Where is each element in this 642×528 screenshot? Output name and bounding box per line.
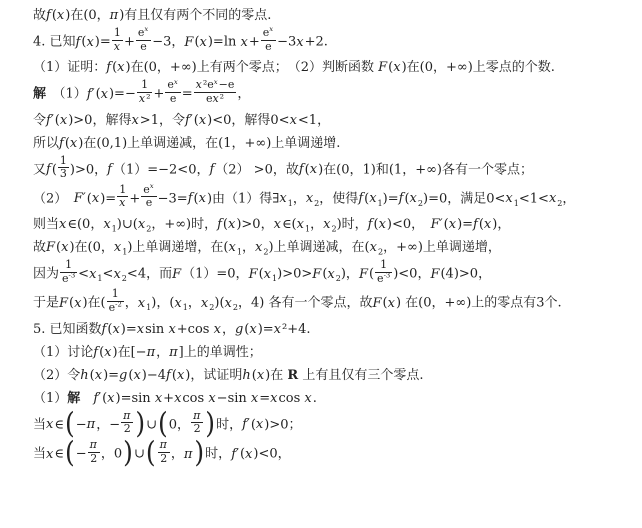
math-variable: h bbox=[80, 368, 89, 383]
math-variable: x bbox=[174, 296, 182, 311]
subscript: 1 bbox=[305, 225, 310, 234]
big-paren: ( bbox=[64, 441, 76, 464]
math-variable: F bbox=[378, 60, 388, 75]
math-variable: x bbox=[241, 35, 249, 50]
math-variable: x bbox=[228, 217, 236, 232]
superscript: -3 bbox=[69, 271, 76, 279]
math-variable: F bbox=[46, 240, 56, 255]
text-line: 则当x∈(0，x1)∪(x2，+∞)时，f(x)>0，x∈(x1，x2)时，f(… bbox=[33, 215, 634, 235]
document-page: { "page": { "background": "#ffffff", "te… bbox=[0, 0, 642, 528]
math-variable: f bbox=[299, 162, 305, 177]
fraction: exe bbox=[261, 27, 276, 53]
bold-text: 解 bbox=[67, 391, 80, 406]
math-variable: F bbox=[172, 267, 182, 282]
math-variable: x bbox=[199, 191, 207, 206]
math-variable: x bbox=[304, 391, 312, 406]
math-variable: f′ bbox=[87, 87, 96, 102]
document-body: 故f(x)在(0，π)有且仅有两个不同的零点.4. 已知f(x)=1x+exe−… bbox=[0, 0, 642, 467]
text-line: （1）证明：f(x)在(0，+∞)上有两个零点； （2）判断函数 F(x)在(0… bbox=[33, 58, 634, 78]
math-variable: π bbox=[87, 417, 97, 432]
big-paren: ) bbox=[204, 412, 216, 435]
fraction: 1e-3 bbox=[375, 259, 392, 285]
math-variable: x bbox=[297, 217, 305, 232]
math-variable: x bbox=[86, 35, 94, 50]
math-variable: f′ bbox=[242, 417, 251, 432]
text-line: （1）解 f′(x)=sin x+xcos x−sin x=xcos x. bbox=[33, 389, 634, 409]
fraction: 1x bbox=[112, 27, 123, 53]
math-variable: f bbox=[188, 191, 194, 206]
math-variable: F bbox=[59, 296, 69, 311]
big-paren: ( bbox=[157, 412, 169, 435]
math-variable: x bbox=[137, 322, 145, 337]
fraction: 1x bbox=[117, 184, 128, 210]
text-line: 故f(x)在(0，π)有且仅有两个不同的零点. bbox=[33, 6, 634, 26]
text-line: 5. 已知函数f(x)=xsin x+cos x，g(x)=x²+4. bbox=[33, 320, 634, 340]
math-variable: x bbox=[327, 267, 335, 282]
fraction: 1e-2 bbox=[107, 288, 124, 314]
math-variable: x bbox=[177, 368, 185, 383]
math-variable: f′ bbox=[231, 447, 240, 462]
math-variable: F bbox=[359, 267, 369, 282]
math-variable: x bbox=[410, 191, 418, 206]
math-variable: f bbox=[93, 345, 99, 360]
math-variable: π bbox=[147, 345, 157, 360]
math-variable: x bbox=[114, 40, 121, 53]
math-variable: x bbox=[57, 8, 65, 23]
superscript: -3 bbox=[384, 271, 391, 279]
math-variable: x bbox=[70, 136, 78, 151]
math-variable: f bbox=[106, 60, 112, 75]
fraction: π2 bbox=[121, 410, 133, 436]
fraction: π2 bbox=[191, 410, 203, 436]
math-variable: x bbox=[310, 162, 318, 177]
math-variable: f bbox=[166, 368, 172, 383]
math-variable: π bbox=[123, 409, 131, 422]
math-variable: x bbox=[449, 217, 457, 232]
math-variable: x bbox=[60, 113, 68, 128]
subscript: 2 bbox=[314, 199, 319, 208]
fraction: π2 bbox=[88, 439, 100, 465]
subscript: 1 bbox=[122, 248, 127, 257]
math-variable: x bbox=[214, 322, 222, 337]
math-variable: x bbox=[249, 322, 257, 337]
math-variable: f bbox=[46, 162, 52, 177]
bold-text: R bbox=[287, 368, 298, 383]
math-variable: f bbox=[368, 217, 374, 232]
subscript: 1 bbox=[378, 199, 383, 208]
math-variable: x bbox=[112, 322, 120, 337]
text-line: 解 （1）f′(x)=−1x²+exe=x²ex−eex²， bbox=[33, 81, 634, 107]
math-variable: F bbox=[372, 296, 382, 311]
math-variable: x bbox=[144, 25, 149, 33]
math-variable: f bbox=[102, 322, 108, 337]
math-variable: x bbox=[274, 217, 282, 232]
math-variable: π bbox=[169, 345, 179, 360]
math-variable: x bbox=[133, 368, 141, 383]
math-variable: x bbox=[92, 191, 100, 206]
math-variable: π bbox=[160, 438, 168, 451]
subscript: 2 bbox=[557, 199, 562, 208]
math-variable: F bbox=[312, 267, 322, 282]
subscript: 1 bbox=[97, 274, 102, 283]
math-variable: f bbox=[59, 136, 65, 151]
superscript: x bbox=[269, 25, 274, 33]
fraction: 1e-3 bbox=[60, 259, 77, 285]
math-variable: x bbox=[174, 391, 182, 406]
math-variable: x bbox=[95, 368, 103, 383]
math-variable: x bbox=[61, 240, 69, 255]
fraction: x²ex−eex² bbox=[194, 79, 237, 105]
math-variable: x bbox=[370, 240, 378, 255]
math-variable: x bbox=[74, 296, 82, 311]
math-variable: x bbox=[46, 417, 54, 432]
text-line: 又f(13)>0，f（1）=−2<0，f（2） >0，故f(x)在(0，1)和(… bbox=[33, 157, 634, 183]
subscript: 2 bbox=[336, 274, 341, 283]
math-variable: x bbox=[131, 113, 139, 128]
math-variable: x bbox=[139, 92, 146, 105]
text-line: （2）令h(x)=g(x)−4f(x)，试证明h(x)在 R 上有且仅有三个零点… bbox=[33, 366, 634, 386]
subscript: 2 bbox=[209, 304, 214, 313]
math-variable: x bbox=[274, 322, 282, 337]
fraction: exe bbox=[141, 184, 156, 210]
subscript: 2 bbox=[418, 199, 423, 208]
text-line: 所以f(x)在(0,1)上单调递减，在(1，+∞)上单调递增. bbox=[33, 134, 634, 154]
superscript: x bbox=[150, 182, 155, 190]
math-variable: x bbox=[199, 113, 207, 128]
subscript: 1 bbox=[514, 199, 519, 208]
math-variable: x bbox=[393, 60, 401, 75]
superscript: -2 bbox=[115, 300, 122, 308]
math-variable: x bbox=[256, 417, 264, 432]
subscript: 2 bbox=[378, 248, 383, 257]
fraction: 1x² bbox=[137, 79, 153, 105]
math-variable: x bbox=[119, 196, 126, 209]
big-paren: ) bbox=[193, 441, 205, 464]
text-line: 于是F(x)在(1e-2，x1)，(x1，x2)(x2，4) 各有一个零点，故F… bbox=[33, 290, 634, 316]
fraction: exe bbox=[165, 79, 180, 105]
math-variable: x bbox=[229, 240, 237, 255]
math-variable: x bbox=[113, 267, 121, 282]
math-variable: x bbox=[484, 217, 492, 232]
math-variable: x bbox=[107, 391, 115, 406]
subscript: 2 bbox=[146, 225, 151, 234]
math-variable: f′ bbox=[185, 113, 194, 128]
subscript: 1 bbox=[112, 225, 117, 234]
math-variable: x bbox=[369, 191, 377, 206]
math-variable: F bbox=[430, 267, 440, 282]
math-variable: f bbox=[209, 162, 215, 177]
math-variable: x bbox=[200, 35, 208, 50]
subscript: 2 bbox=[263, 248, 268, 257]
subscript: 2 bbox=[233, 304, 238, 313]
math-variable: F bbox=[184, 35, 194, 50]
math-variable: π bbox=[193, 409, 201, 422]
math-variable: x bbox=[208, 391, 216, 406]
subscript: 1 bbox=[146, 304, 151, 313]
math-variable: x bbox=[117, 60, 125, 75]
fraction: exe bbox=[136, 27, 151, 53]
superscript: x bbox=[144, 25, 149, 33]
math-variable: x bbox=[101, 87, 109, 102]
math-variable: x bbox=[196, 78, 203, 91]
math-variable: x bbox=[174, 78, 179, 86]
text-line: （2） F′(x)=1x+exe−3=f(x)由（1）得∃x1，x2，使得f(x… bbox=[33, 186, 634, 212]
bold-text: 解 bbox=[33, 87, 46, 102]
math-variable: f bbox=[217, 217, 223, 232]
math-variable: x bbox=[388, 296, 396, 311]
math-variable: F′ bbox=[431, 217, 444, 232]
fraction: 13 bbox=[58, 155, 69, 181]
math-variable: x bbox=[269, 25, 274, 33]
math-variable: x bbox=[104, 345, 112, 360]
math-variable: g bbox=[119, 368, 128, 383]
text-line: 当x∈(−π，−π2)∪(0，π2)时，f′(x)>0； bbox=[33, 412, 634, 438]
math-variable: x bbox=[168, 322, 176, 337]
math-variable: x bbox=[251, 391, 259, 406]
subscript: 2 bbox=[331, 225, 336, 234]
math-variable: x bbox=[245, 447, 253, 462]
text-line: 4. 已知f(x)=1x+exe−3，F(x)=ln x+exe−3x+2. bbox=[33, 29, 634, 55]
math-variable: F′ bbox=[74, 191, 87, 206]
math-variable: x bbox=[257, 368, 265, 383]
math-variable: f′ bbox=[46, 113, 55, 128]
math-variable: f bbox=[399, 191, 405, 206]
text-line: 令f′(x)>0，解得x>1，令f′(x)<0，解得0<x<1， bbox=[33, 111, 634, 131]
subscript: 1 bbox=[288, 199, 293, 208]
big-paren: ) bbox=[134, 412, 146, 435]
math-variable: f bbox=[107, 162, 113, 177]
subscript: 2 bbox=[122, 274, 127, 283]
math-variable: x bbox=[46, 447, 54, 462]
math-variable: π bbox=[184, 447, 194, 462]
math-variable: f bbox=[46, 8, 52, 23]
math-variable: x bbox=[270, 391, 278, 406]
math-variable: x bbox=[306, 191, 314, 206]
math-variable: g bbox=[235, 322, 244, 337]
math-variable: x bbox=[264, 267, 272, 282]
math-variable: x bbox=[379, 217, 387, 232]
math-variable: x bbox=[114, 240, 122, 255]
superscript: x bbox=[214, 78, 219, 86]
math-variable: f bbox=[473, 217, 479, 232]
math-variable: x bbox=[290, 113, 298, 128]
subscript: 1 bbox=[272, 274, 277, 283]
math-variable: x bbox=[150, 182, 155, 190]
math-variable: f′ bbox=[93, 391, 102, 406]
math-variable: x bbox=[155, 391, 163, 406]
text-line: 当x∈(−π2，0)∪(π2，π)时，f′(x)<0， bbox=[33, 441, 634, 467]
math-variable: h bbox=[242, 368, 251, 383]
math-variable: x bbox=[138, 296, 146, 311]
text-line: （1）讨论f(x)在[−π，π]上的单调性； bbox=[33, 343, 634, 363]
math-variable: x bbox=[296, 35, 304, 50]
subscript: 1 bbox=[237, 248, 242, 257]
big-paren: ) bbox=[122, 441, 134, 464]
big-paren: ( bbox=[64, 412, 76, 435]
math-variable: x bbox=[214, 78, 219, 86]
big-paren: ( bbox=[145, 441, 157, 464]
math-variable: x bbox=[505, 191, 513, 206]
math-variable: π bbox=[90, 438, 98, 451]
fraction: π2 bbox=[158, 439, 170, 465]
math-variable: π bbox=[110, 8, 120, 23]
subscript: 1 bbox=[183, 304, 188, 313]
superscript: x bbox=[174, 78, 179, 86]
math-variable: x bbox=[59, 217, 67, 232]
math-variable: x bbox=[201, 296, 209, 311]
math-variable: x bbox=[279, 191, 287, 206]
math-variable: x bbox=[103, 217, 111, 232]
math-variable: x bbox=[225, 296, 233, 311]
math-variable: x bbox=[212, 92, 219, 105]
math-variable: f bbox=[358, 191, 364, 206]
math-variable: F bbox=[249, 267, 259, 282]
text-line: 故F(x)在(0，x1)上单调递增，在(x1，x2)上单调递减，在(x2，+∞)… bbox=[33, 238, 634, 258]
math-variable: x bbox=[138, 217, 146, 232]
math-variable: f bbox=[76, 35, 82, 50]
text-line: 因为1e-3<x1<x2<4，而F（1）=0，F(x1)>0>F(x2)，F(1… bbox=[33, 261, 634, 287]
